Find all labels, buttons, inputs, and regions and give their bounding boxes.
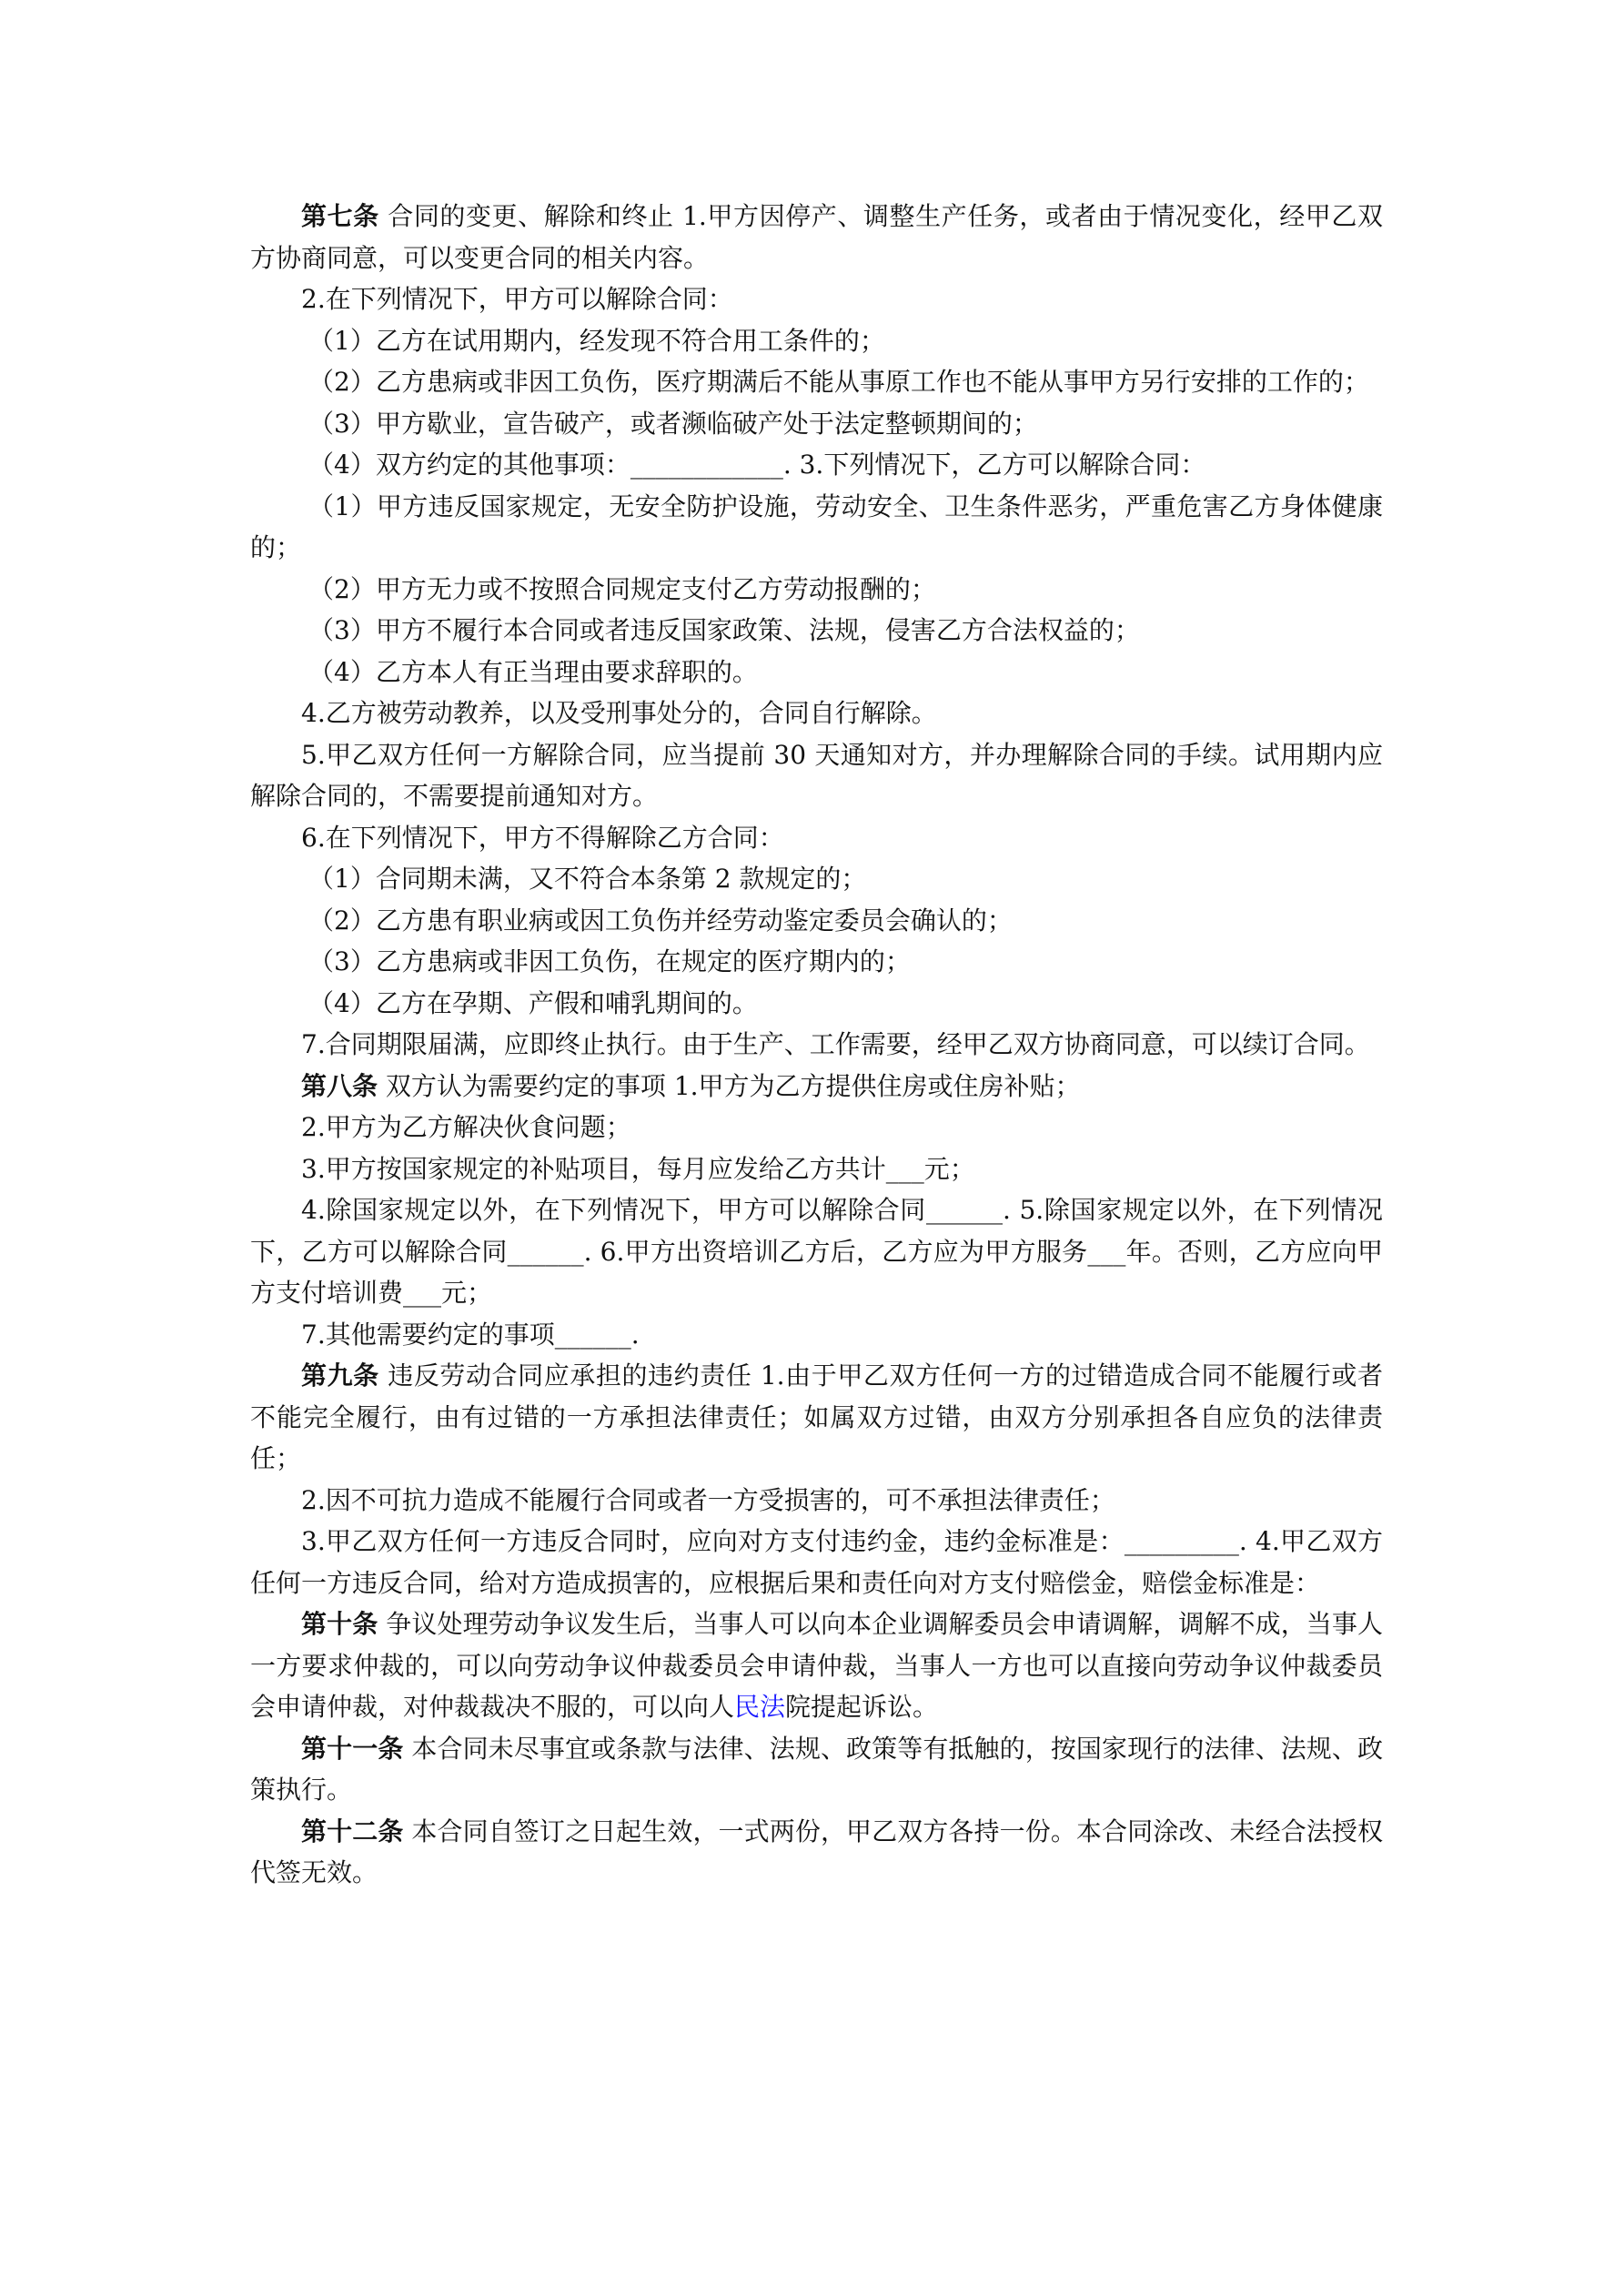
article-10: 第十条 争议处理劳动争议发生后，当事人可以向本企业调解委员会申请调解，调解不成，… — [250, 1603, 1383, 1728]
paragraph-text: （4）乙方本人有正当理由要求辞职的。 — [308, 657, 758, 687]
article-12: 第十二条 本合同自签订之日起生效，一式两份，甲乙双方各持一份。本合同涂改、未经合… — [250, 1811, 1383, 1894]
paragraph: 2.因不可抗力造成不能履行合同或者一方受损害的，可不承担法律责任； — [250, 1480, 1383, 1522]
paragraph-text: （3）乙方患病或非因工负伤，在规定的医疗期内的； — [308, 946, 911, 976]
paragraph: （3）甲方歇业，宣告破产，或者濒临破产处于法定整顿期间的； — [250, 403, 1383, 445]
paragraph: 3.甲方按国家规定的补贴项目，每月应发给乙方共计___元； — [250, 1148, 1383, 1190]
paragraph-text: 违反劳动合同应承担的违约责任 1.由于甲乙双方任何一方的过错造成合同不能履行或者… — [250, 1360, 1383, 1473]
article-heading: 第十条 — [301, 1609, 378, 1639]
paragraph-text: 院提起诉讼。 — [785, 1692, 938, 1722]
paragraph-text: 本合同未尽事宜或条款与法律、法规、政策等有抵触的，按国家现行的法律、法规、政策执… — [250, 1734, 1383, 1805]
paragraph-list: 第七条 合同的变更、解除和终止 1.甲方因停产、调整生产任务，或者由于情况变化，… — [250, 196, 1383, 1603]
paragraph: （1）甲方违反国家规定，无安全防护设施，劳动安全、卫生条件恶劣，严重危害乙方身体… — [250, 486, 1383, 569]
paragraph: （2）乙方患有职业病或因工负伤并经劳动鉴定委员会确认的； — [250, 900, 1383, 942]
paragraph-text: （4）双方约定的其他事项：____________. 3.下列情况下，乙方可以解… — [308, 450, 1205, 480]
paragraph-text: （1）甲方违反国家规定，无安全防护设施，劳动安全、卫生条件恶劣，严重危害乙方身体… — [250, 491, 1383, 563]
article-heading: 第八条 — [301, 1071, 378, 1101]
paragraph: （2）乙方患病或非因工负伤，医疗期满后不能从事原工作也不能从事甲方另行安排的工作… — [250, 361, 1383, 403]
paragraph-text: （2）乙方患病或非因工负伤，医疗期满后不能从事原工作也不能从事甲方另行安排的工作… — [308, 367, 1369, 397]
paragraph: （1）乙方在试用期内，经发现不符合用工条件的； — [250, 320, 1383, 362]
paragraph-text: 5.甲乙双方任何一方解除合同，应当提前 30 天通知对方，并办理解除合同的手续。… — [250, 740, 1383, 812]
paragraph-text: 合同的变更、解除和终止 1.甲方因停产、调整生产任务，或者由于情况变化，经甲乙双… — [250, 201, 1383, 273]
article-11: 第十一条 本合同未尽事宜或条款与法律、法规、政策等有抵触的，按国家现行的法律、法… — [250, 1728, 1383, 1811]
paragraph: 2.在下列情况下，甲方可以解除合同： — [250, 278, 1383, 320]
civil-law-link[interactable]: 民法 — [734, 1692, 785, 1722]
paragraph: 5.甲乙双方任何一方解除合同，应当提前 30 天通知对方，并办理解除合同的手续。… — [250, 734, 1383, 817]
paragraph-text: （4）乙方在孕期、产假和哺乳期间的。 — [308, 988, 758, 1018]
paragraph: 第八条 双方认为需要约定的事项 1.甲方为乙方提供住房或住房补贴； — [250, 1066, 1383, 1108]
paragraph: （3）乙方患病或非因工负伤，在规定的医疗期内的； — [250, 941, 1383, 983]
paragraph-text: （2）乙方患有职业病或因工负伤并经劳动鉴定委员会确认的； — [308, 905, 1013, 936]
paragraph: 第九条 违反劳动合同应承担的违约责任 1.由于甲乙双方任何一方的过错造成合同不能… — [250, 1355, 1383, 1480]
paragraph-text: 2.在下列情况下，甲方可以解除合同： — [301, 284, 733, 314]
paragraph: 3.甲乙双方任何一方违反合同时，应向对方支付违约金，违约金标准是：_______… — [250, 1521, 1383, 1603]
paragraph-text: 4.除国家规定以外，在下列情况下，甲方可以解除合同______. 5.除国家规定… — [250, 1195, 1383, 1308]
paragraph: 第七条 合同的变更、解除和终止 1.甲方因停产、调整生产任务，或者由于情况变化，… — [250, 196, 1383, 278]
paragraph: （3）甲方不履行本合同或者违反国家政策、法规，侵害乙方合法权益的； — [250, 610, 1383, 652]
paragraph-text: （3）甲方不履行本合同或者违反国家政策、法规，侵害乙方合法权益的； — [308, 615, 1140, 645]
article-heading: 第十一条 — [301, 1734, 403, 1764]
paragraph: 7.合同期限届满，应即终止执行。由于生产、工作需要，经甲乙双方协商同意，可以续订… — [250, 1024, 1383, 1066]
paragraph-text: （1）乙方在试用期内，经发现不符合用工条件的； — [308, 326, 885, 356]
paragraph-text: （1）合同期未满，又不符合本条第 2 款规定的； — [308, 864, 866, 894]
article-heading: 第九条 — [301, 1360, 379, 1391]
article-heading: 第七条 — [301, 201, 379, 231]
paragraph: 2.甲方为乙方解决伙食问题； — [250, 1107, 1383, 1148]
paragraph: （1）合同期未满，又不符合本条第 2 款规定的； — [250, 858, 1383, 900]
paragraph: （4）乙方在孕期、产假和哺乳期间的。 — [250, 983, 1383, 1025]
paragraph: 7.其他需要约定的事项______. — [250, 1314, 1383, 1356]
paragraph-text: 4.乙方被劳动教养，以及受刑事处分的，合同自行解除。 — [301, 698, 937, 728]
contract-page: 第七条 合同的变更、解除和终止 1.甲方因停产、调整生产任务，或者由于情况变化，… — [250, 196, 1383, 1894]
paragraph: （2）甲方无力或不按照合同规定支付乙方劳动报酬的； — [250, 569, 1383, 611]
paragraph: （4）乙方本人有正当理由要求辞职的。 — [250, 652, 1383, 693]
paragraph-text: 7.其他需要约定的事项______. — [301, 1320, 640, 1350]
paragraph-text: 双方认为需要约定的事项 1.甲方为乙方提供住房或住房补贴； — [378, 1071, 1081, 1101]
paragraph-text: 本合同自签订之日起生效，一式两份，甲乙双方各持一份。本合同涂改、未经合法授权代签… — [250, 1816, 1383, 1888]
paragraph: （4）双方约定的其他事项：____________. 3.下列情况下，乙方可以解… — [250, 444, 1383, 486]
paragraph: 4.乙方被劳动教养，以及受刑事处分的，合同自行解除。 — [250, 693, 1383, 734]
paragraph-text: 3.甲方按国家规定的补贴项目，每月应发给乙方共计___元； — [301, 1154, 975, 1184]
paragraph: 6.在下列情况下，甲方不得解除乙方合同： — [250, 817, 1383, 859]
paragraph: 4.除国家规定以外，在下列情况下，甲方可以解除合同______. 5.除国家规定… — [250, 1189, 1383, 1314]
article-heading: 第十二条 — [301, 1816, 403, 1846]
paragraph-text: （3）甲方歇业，宣告破产，或者濒临破产处于法定整顿期间的； — [308, 409, 1038, 439]
paragraph-text: 3.甲乙双方任何一方违反合同时，应向对方支付违约金，违约金标准是：_______… — [250, 1526, 1383, 1598]
paragraph-text: 2.甲方为乙方解决伙食问题； — [301, 1112, 631, 1142]
paragraph-text: 2.因不可抗力造成不能履行合同或者一方受损害的，可不承担法律责任； — [301, 1485, 1115, 1515]
paragraph-text: （2）甲方无力或不按照合同规定支付乙方劳动报酬的； — [308, 574, 936, 604]
paragraph-text: 6.在下列情况下，甲方不得解除乙方合同： — [301, 823, 784, 853]
paragraph-text: 7.合同期限届满，应即终止执行。由于生产、工作需要，经甲乙双方协商同意，可以续订… — [301, 1029, 1370, 1059]
